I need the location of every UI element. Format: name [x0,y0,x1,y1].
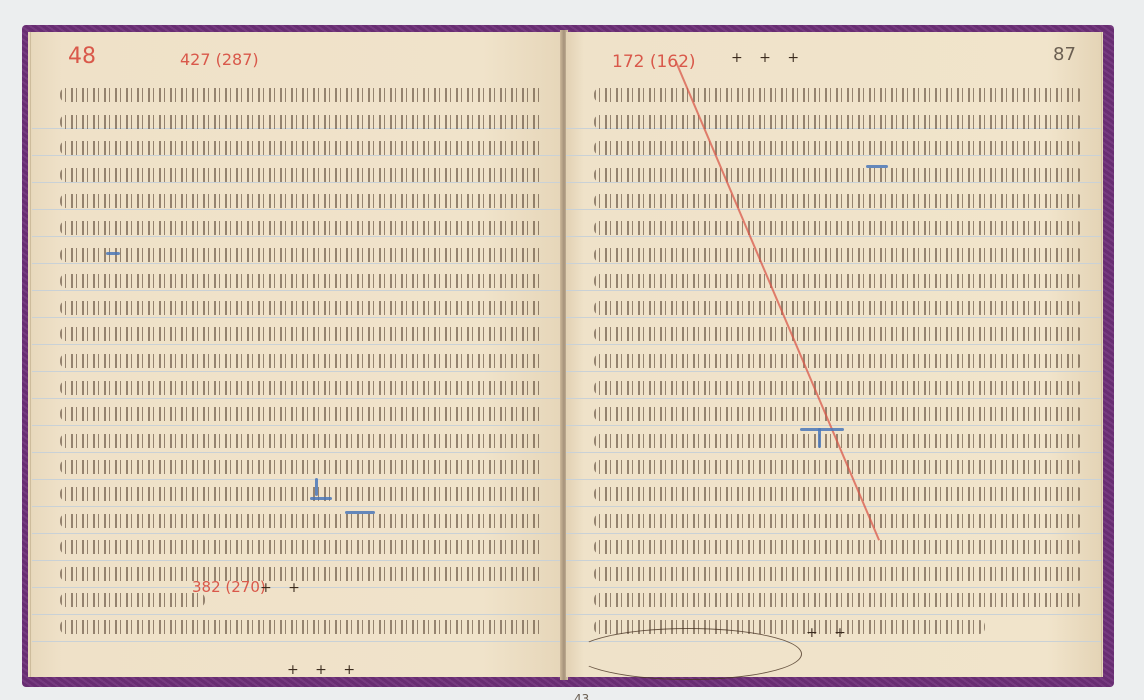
handwritten-line [594,107,1083,133]
blue-pencil-mark [866,165,888,168]
handwritten-line [60,426,544,452]
handwritten-line [594,479,1083,505]
handwritten-line [60,213,544,239]
handwritten-line [60,266,544,292]
handwritten-line [60,532,544,558]
blue-pencil-mark [315,478,318,496]
handwritten-line [594,506,1083,532]
handwritten-line [594,80,1083,106]
handwritten-line [60,240,544,266]
blue-pencil-mark [106,252,120,255]
handwritten-line [594,585,1083,611]
folio-count: 43 [574,692,589,700]
folio-reference: 427 (287) [180,50,259,69]
handwritten-line [60,107,544,133]
handwritten-line [60,399,544,425]
handwritten-line [594,186,1083,212]
section-marks: + + [260,580,306,596]
blue-pencil-mark [310,497,332,500]
handwritten-line [60,160,544,186]
left-page: 48 427 (287) 382 (270) + + + + + [32,32,563,677]
handwritten-line [60,133,544,159]
handwritten-line [594,133,1083,159]
folio-reference: 172 (162) [612,52,696,72]
blue-pencil-mark [345,511,375,514]
encircled-passage [575,628,802,680]
handwritten-line [594,559,1083,585]
handwritten-line [60,319,544,345]
handwritten-line [60,346,544,372]
handwritten-line [60,373,544,399]
handwritten-line [594,452,1083,478]
blue-pencil-mark [818,428,821,448]
handwritten-line [60,479,544,505]
handwritten-line [594,319,1083,345]
handwritten-line [594,240,1083,266]
section-marks: + + [806,625,852,641]
right-page: 172 (162) + + + 87 + + 43 [566,32,1101,677]
handwritten-line [594,399,1083,425]
handwritten-line [594,293,1083,319]
handwritten-line [594,213,1083,239]
handwritten-line [60,186,544,212]
folio-reference-2: 382 (270) [192,578,266,596]
page-number: 48 [68,44,96,69]
handwritten-line [60,452,544,478]
handwritten-line [60,293,544,319]
handwritten-line [594,346,1083,372]
handwritten-line [594,532,1083,558]
page-number: 87 [1053,44,1076,65]
handwritten-line [60,80,544,106]
handwritten-line [594,160,1083,186]
handwritten-line [594,373,1083,399]
blue-pencil-mark [800,428,844,431]
section-marks: + + + [287,662,361,678]
section-marks: + + + [731,50,805,66]
handwritten-line [60,612,544,638]
handwritten-line [60,506,544,532]
handwritten-line [594,266,1083,292]
